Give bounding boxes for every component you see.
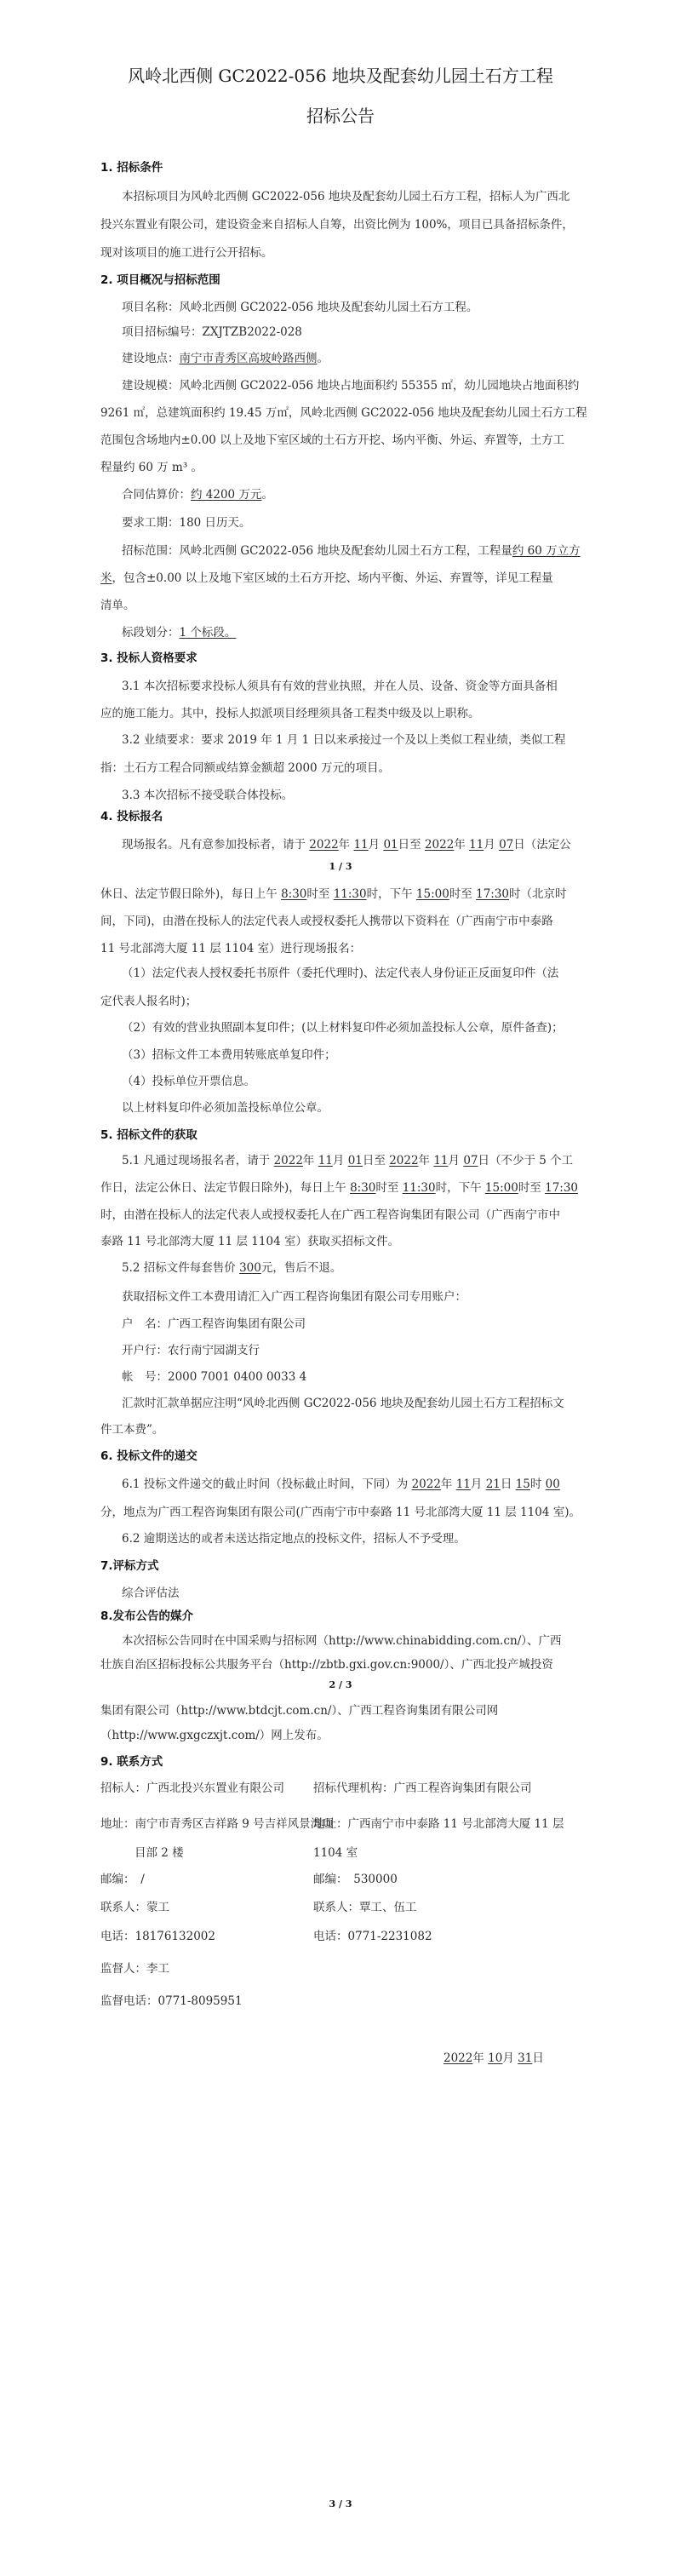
- text: 作日，法定公休日、法定节假日除外)，每日上午: [100, 1181, 346, 1195]
- text: 月: [471, 1477, 483, 1491]
- section-heading-2: 2. 项目概况与招标范围: [100, 273, 220, 288]
- registration-note: 以上材料复印件必须加盖投标单位公章。: [122, 1100, 329, 1116]
- scale-line: 建设规模：风岭北西侧 GC2022-056 地块占地面积约 55355 ㎡，幼儿…: [122, 378, 494, 393]
- reg-start-month: 11: [353, 838, 368, 852]
- section-heading-8: 8.发布公告的媒介: [100, 1609, 193, 1624]
- registration-line: 间，下同)，由潜在投标人的法定代表人或授权委托人携带以下资料在（广西南宁市中泰路: [100, 914, 494, 929]
- required-doc-item: （1）法定代表人授权委托书原件（委托代理时)、法定代表人身份证正反面复印件（法: [122, 966, 494, 981]
- agency-name: 招标代理机构：广西工程咨询集团有限公司: [313, 1781, 532, 1796]
- date-year: 2022: [444, 2051, 472, 2065]
- remit-note: 汇款时汇款单据应注明“风岭北西侧 GC2022-056 地块及配套幼儿园土石方工…: [122, 1396, 494, 1411]
- tenderer-phone: 电话：18176132002: [100, 1929, 215, 1944]
- requirement-line: 指：土石方工程合同额或结算金额超 2000 万元的项目。: [100, 760, 390, 776]
- document-subtitle: 招标公告: [0, 105, 681, 127]
- agency-contact: 联系人：覃工、伍工: [313, 1900, 417, 1915]
- text: 6.1 投标文件递交的截止时间（投标截止时间，下同）为: [122, 1477, 408, 1491]
- media-line: 本次招标公告同时在中国采购与招标网（http://www.chinabiddin…: [122, 1633, 494, 1649]
- scope-text: ，包含±0.00 以上及地下室区域的土石方开挖、场内平衡、外运、弃置等，详见工程…: [112, 571, 553, 585]
- required-doc-item: （2）有效的营业执照副本复印件；(以上材料复印件必须加盖投标人公章，原件备查)；: [122, 1020, 564, 1036]
- required-doc-item: （3）招标文件工本费用转账底单复印件；: [122, 1047, 336, 1063]
- text: 日: [532, 2051, 544, 2065]
- reg-start-day: 01: [383, 838, 398, 852]
- document-price: 5.2 招标文件每套售价 300元，售后不退。: [122, 1260, 341, 1276]
- scope-text: 招标范围：风岭北西侧 GC2022-056 地块及配套幼儿园土石方工程，工程量: [122, 544, 512, 558]
- section-heading-4: 4. 投标报名: [100, 809, 163, 824]
- sections-value: 1 个标段。: [180, 626, 237, 640]
- deadline-day: 21: [486, 1477, 501, 1491]
- document-obtain-line: 作日，法定公休日、法定节假日除外)，每日上午 8:30时至 11:30时，下午 …: [100, 1180, 578, 1196]
- text: 月: [484, 838, 495, 852]
- pm-start: 15:00: [416, 887, 449, 901]
- media-line: （http://www.gxgczxjt.com/）网上发布。: [100, 1728, 329, 1743]
- text: 时（北京时: [509, 887, 567, 901]
- required-doc-item: （4）投标单位开票信息。: [122, 1074, 255, 1089]
- duration: 要求工期：180 日历天。: [122, 515, 251, 531]
- text: 年: [441, 1477, 453, 1491]
- agency-address: 地址：广西南宁市中泰路 11 号北部湾大厦 11 层: [313, 1816, 564, 1832]
- tenderer-postcode: 邮编： /: [100, 1872, 145, 1887]
- section-heading-7: 7.评标方式: [100, 1558, 159, 1574]
- scope-quantity: 约 60 万立方: [512, 544, 581, 558]
- paragraph-line: 投兴东置业有限公司，建设资金来自招标人自筹，出资比例为 100%，项目已具备招标…: [100, 217, 494, 232]
- text: 年: [339, 838, 351, 852]
- am-end: 11:30: [334, 887, 367, 901]
- requirement-line: 3.2 业绩要求：要求 2019 年 1 月 1 日以来承接过一个及以上类似工程…: [122, 732, 494, 748]
- deadline-year: 2022: [412, 1477, 441, 1491]
- section-heading-9: 9. 联系方式: [100, 1754, 163, 1770]
- location-label: 建设地点：: [122, 352, 180, 365]
- text: 时至: [449, 887, 472, 901]
- scope-line: 米，包含±0.00 以上及地下室区域的土石方开挖、场内平衡、外运、弃置等，详见工…: [100, 571, 553, 586]
- tenderer-name: 招标人：广西北投兴东置业有限公司: [100, 1781, 284, 1796]
- text: 时至: [306, 887, 329, 901]
- text: 时至: [518, 1181, 541, 1195]
- am-start: 8:30: [281, 887, 306, 901]
- text: 时至: [375, 1181, 398, 1195]
- project-code: 项目招标编号：ZXJTZB2022-028: [122, 324, 302, 340]
- reg-end-year: 2022: [425, 838, 454, 852]
- signature-date: 2022年 10月 31日: [444, 2051, 544, 2066]
- tenderer-address: 地址：南宁市青秀区吉祥路 9 号吉祥风景湾项: [100, 1816, 334, 1832]
- tenderer-address-cont: 目部 2 楼: [134, 1845, 184, 1861]
- deadline-month: 11: [456, 1477, 471, 1491]
- page-footer-3: 3 / 3: [0, 2499, 681, 2510]
- account-name: 户 名：广西工程咨询集团有限公司: [122, 1317, 306, 1332]
- am-start: 8:30: [350, 1181, 375, 1195]
- agency-phone: 电话：0771-2231082: [313, 1929, 432, 1944]
- reg-end-day: 07: [499, 838, 513, 852]
- text: 休日、法定节假日除外)，每日上午: [100, 887, 278, 901]
- reg-end-month: 11: [469, 838, 484, 852]
- media-line: 壮族自治区招标投标公共服务平台（http://zbtb.gxi.gov.cn:9…: [100, 1657, 494, 1672]
- late-submission-note: 6.2 逾期送达的或者未送达指定地点的投标文件，招标人不予受理。: [122, 1531, 466, 1546]
- reg-start-year: 2022: [309, 838, 338, 852]
- text: 月: [333, 1154, 345, 1168]
- deadline-line: 分，地点为广西工程咨询集团有限公司(广西南宁市中泰路 11 号北部湾大厦 11 …: [100, 1505, 581, 1520]
- text: 日至: [398, 838, 421, 852]
- scale-line: 范围包含场地内±0.00 以上及地下室区域的土石方开挖、场内平衡、外运、弃置等，…: [100, 433, 494, 448]
- account-number: 帐 号：2000 7001 0400 0033 4: [122, 1369, 306, 1385]
- text: 5.2 招标文件每套售价: [122, 1261, 236, 1275]
- scope-line: 清单。: [100, 598, 135, 613]
- sections-division: 标段划分：1 个标段。: [122, 625, 236, 640]
- punctuation: 。: [318, 352, 329, 365]
- obtain-start-day: 01: [348, 1154, 363, 1168]
- text: 月: [369, 838, 381, 852]
- deadline-hour: 15: [516, 1477, 530, 1491]
- paragraph-line: 现对该项目的施工进行公开招标。: [100, 245, 273, 261]
- registration-line: 现场报名。凡有意参加投标者，请于 2022年 11月 01日至 2022年 11…: [122, 837, 571, 852]
- contract-price: 合同估算价：约 4200 万元。: [122, 487, 273, 502]
- remit-note: 件工本费”。: [100, 1422, 163, 1437]
- document-obtain-line: 泰路 11 号北部湾大厦 11 层 1104 室）获取买招标文件。: [100, 1234, 399, 1249]
- deadline-minute: 00: [546, 1477, 560, 1491]
- text: 日（法定公: [513, 838, 571, 852]
- account-bank: 开户行：农行南宁园湖支行: [122, 1343, 260, 1358]
- media-line: 集团有限公司（http://www.btdcjt.com.cn/）、广西工程咨询…: [100, 1703, 494, 1718]
- text: 5.1 凡通过现场报名者，请于: [122, 1154, 270, 1168]
- scope-quantity-unit: 米: [100, 571, 112, 585]
- requirement-line: 3.3 本次招标不接受联合体投标。: [122, 788, 293, 803]
- registration-line: 11 号北部湾大厦 11 层 1104 室）进行现场报名：: [100, 941, 361, 956]
- price-label: 合同估算价：: [122, 488, 191, 502]
- text: 时，下午: [436, 1181, 482, 1195]
- section-heading-1: 1. 招标条件: [100, 160, 163, 175]
- paragraph-line: 本招标项目为风岭北西侧 GC2022-056 地块及配套幼儿园土石方工程，招标人…: [122, 189, 494, 204]
- section-heading-5: 5. 招标文件的获取: [100, 1127, 197, 1143]
- pm-end: 17:30: [545, 1181, 578, 1195]
- document-obtain-line: 时，由潜在投标人的法定代表人或授权委托人在广西工程咨询集团有限公司（广西南宁市中: [100, 1208, 494, 1223]
- project-name: 项目名称：风岭北西侧 GC2022-056 地块及配套幼儿园土石方工程。: [122, 300, 478, 315]
- registration-line: 休日、法定节假日除外)，每日上午 8:30时至 11:30时，下午 15:00时…: [100, 886, 567, 902]
- text: 月: [502, 2051, 514, 2065]
- punctuation: 。: [261, 488, 273, 502]
- page-footer-2: 2 / 3: [0, 1679, 681, 1691]
- requirement-line: 3.1 本次招标要求投标人须具有有效的营业执照，并在人员、设备、资金等方面具备相: [122, 679, 494, 694]
- scope-line: 招标范围：风岭北西侧 GC2022-056 地块及配套幼儿园土石方工程，工程量约…: [122, 543, 581, 559]
- agency-postcode: 邮编： 530000: [313, 1872, 398, 1887]
- pm-start: 15:00: [485, 1181, 518, 1195]
- text: 月: [449, 1154, 461, 1168]
- text: 现场报名。凡有意参加投标者，请于: [122, 838, 306, 852]
- text: 年: [419, 1154, 431, 1168]
- text: 元，售后不退。: [261, 1261, 342, 1275]
- tenderer-contact: 联系人：蒙工: [100, 1900, 169, 1915]
- sections-label: 标段划分：: [122, 626, 180, 640]
- account-intro: 获取招标文件工本费用请汇入广西工程咨询集团有限公司专用账户：: [122, 1289, 466, 1305]
- project-location: 建设地点：南宁市青秀区高坡岭路西侧。: [122, 351, 329, 366]
- deadline-line: 6.1 投标文件递交的截止时间（投标截止时间，下同）为 2022年 11月 21…: [122, 1477, 560, 1492]
- location-value: 南宁市青秀区高坡岭路西侧: [180, 352, 318, 365]
- text: 日: [501, 1477, 512, 1491]
- text: 日（不少于 5 个工: [478, 1154, 574, 1168]
- page-footer-1: 1 / 3: [0, 861, 681, 873]
- price-value: 约 4200 万元: [191, 488, 261, 502]
- date-month: 10: [488, 2051, 502, 2065]
- requirement-line: 应的施工能力。其中，投标人拟派项目经理须具备工程类中级及以上职称。: [100, 706, 480, 721]
- supervisor: 监督人：李工: [100, 1961, 169, 1976]
- obtain-end-year: 2022: [389, 1154, 418, 1168]
- supervisor-phone: 监督电话：0771-8095951: [100, 1994, 243, 2009]
- required-doc-item: 定代表人报名时)；: [100, 994, 197, 1009]
- document-obtain-line: 5.1 凡通过现场报名者，请于 2022年 11月 01日至 2022年 11月…: [122, 1153, 573, 1168]
- text: 年: [303, 1154, 315, 1168]
- text: 日至: [363, 1154, 386, 1168]
- obtain-start-year: 2022: [274, 1154, 303, 1168]
- text: 年: [454, 838, 466, 852]
- evaluation-method: 综合评估法: [122, 1586, 180, 1601]
- obtain-end-day: 07: [463, 1154, 478, 1168]
- am-end: 11:30: [403, 1181, 436, 1195]
- section-heading-6: 6. 投标文件的递交: [100, 1449, 197, 1464]
- text: 时: [530, 1477, 542, 1491]
- price-value: 300: [239, 1261, 261, 1275]
- section-heading-3: 3. 投标人资格要求: [100, 651, 197, 666]
- obtain-end-month: 11: [433, 1154, 448, 1168]
- text: 时，下午: [367, 887, 413, 901]
- scale-line: 程量约 60 万 m³ 。: [100, 460, 203, 475]
- obtain-start-month: 11: [318, 1154, 333, 1168]
- text: 年: [472, 2051, 484, 2065]
- pm-end: 17:30: [476, 887, 509, 901]
- scale-line: 9261 ㎡，总建筑面积约 19.45 万㎡，风岭北西侧 GC2022-056 …: [100, 405, 494, 421]
- document-title: 风岭北西侧 GC2022-056 地块及配套幼儿园土石方工程: [0, 65, 681, 87]
- agency-address-cont: 1104 室: [313, 1845, 358, 1861]
- date-day: 31: [518, 2051, 532, 2065]
